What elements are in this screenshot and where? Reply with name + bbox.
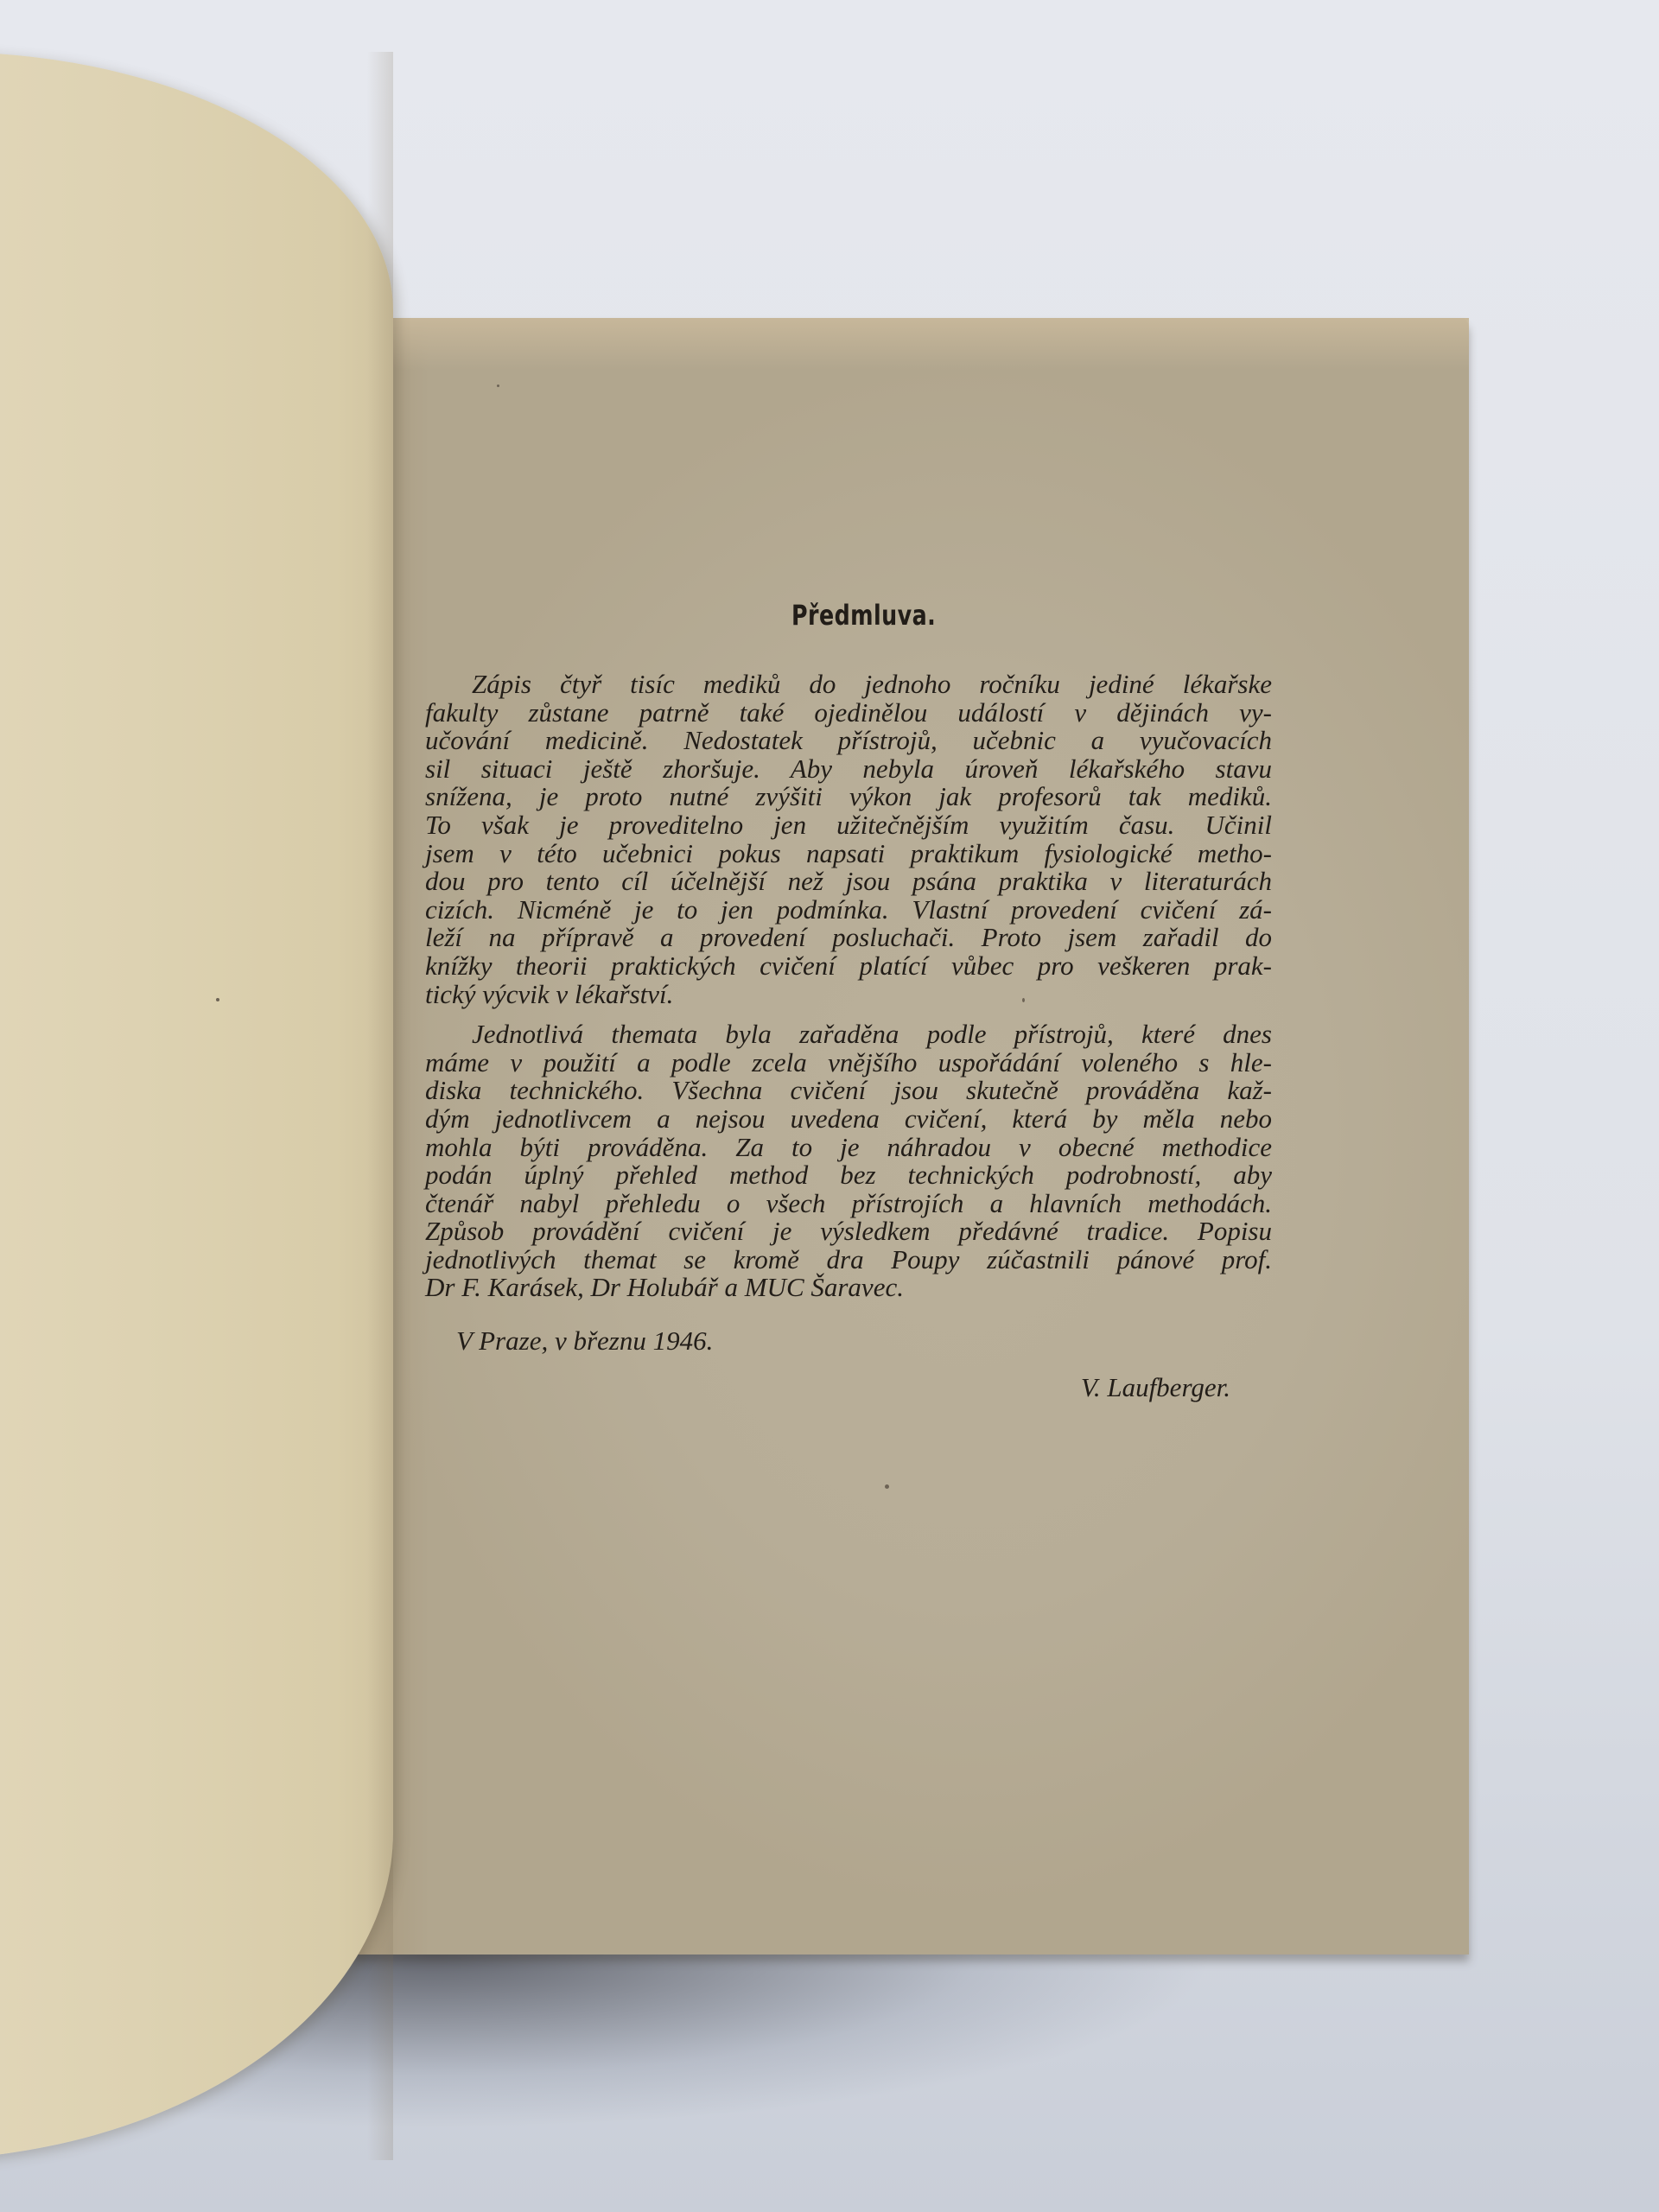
- text-line: snížena, je proto nutné zvýšiti výkon ja…: [425, 783, 1272, 811]
- text-line: mohla býti prováděna. Za to je náhradou …: [425, 1134, 1272, 1162]
- paper-speck: [885, 1484, 889, 1489]
- text-line: Dr F. Karásek, Dr Holubář a MUC Šaravec.: [425, 1274, 1272, 1302]
- text-line: sil situaci ještě zhoršuje. Aby nebyla ú…: [425, 755, 1272, 784]
- text-line: učování medicině. Nedostatek přístrojů, …: [425, 727, 1272, 755]
- text-line: tický výcvik v lékařství.: [425, 981, 1272, 1009]
- text-line: knížky theorii praktických cvičení platí…: [425, 952, 1272, 981]
- text-line: dým jednotlivcem a nejsou uvedena cvičen…: [425, 1105, 1272, 1134]
- text-line: jsem v této učebnici pokus napsati prakt…: [425, 840, 1272, 868]
- text-line: podán úplný přehled method bez technický…: [425, 1161, 1272, 1190]
- paper-speck: [1022, 998, 1025, 1002]
- paragraph-2: Jednotlivá themata byla zařaděna podle p…: [425, 1020, 1272, 1302]
- author-signature: V. Laufberger.: [425, 1373, 1272, 1402]
- left-page-curled: [0, 52, 393, 2160]
- paper-speck: [497, 385, 499, 387]
- text-line: fakulty zůstane patrně také ojedinělou u…: [425, 699, 1272, 728]
- text-line: Zápis čtyř tisíc mediků do jednoho roční…: [425, 671, 1272, 699]
- text-line: leží na přípravě a provedení posluchači.…: [425, 924, 1272, 952]
- text-line: čtenář nabyl přehledu o všech přístrojíc…: [425, 1190, 1272, 1218]
- text-line: Způsob provádění cvičení je výsledkem př…: [425, 1217, 1272, 1246]
- text-line: máme v použití a podle zcela vnějšího us…: [425, 1049, 1272, 1077]
- paper-speck: [216, 998, 219, 1001]
- text-line: cizích. Nicméně je to jen podmínka. Vlas…: [425, 896, 1272, 925]
- text-line: Jednotlivá themata byla zařaděna podle p…: [425, 1020, 1272, 1049]
- text-line: dou pro tento cíl účelnější než jsou psá…: [425, 868, 1272, 896]
- preface-text-block: Předmluva. Zápis čtyř tisíc mediků do je…: [425, 596, 1272, 1402]
- text-line: jednotlivých themat se kromě dra Poupy z…: [425, 1246, 1272, 1274]
- paragraph-1: Zápis čtyř tisíc mediků do jednoho roční…: [425, 671, 1272, 1008]
- place-date: V Praze, v březnu 1946.: [425, 1326, 1272, 1356]
- text-line: diska technického. Všechna cvičení jsou …: [425, 1077, 1272, 1105]
- text-line: To však je proveditelno jen užitečnějším…: [425, 811, 1272, 840]
- page-title: Předmluva.: [476, 596, 1221, 634]
